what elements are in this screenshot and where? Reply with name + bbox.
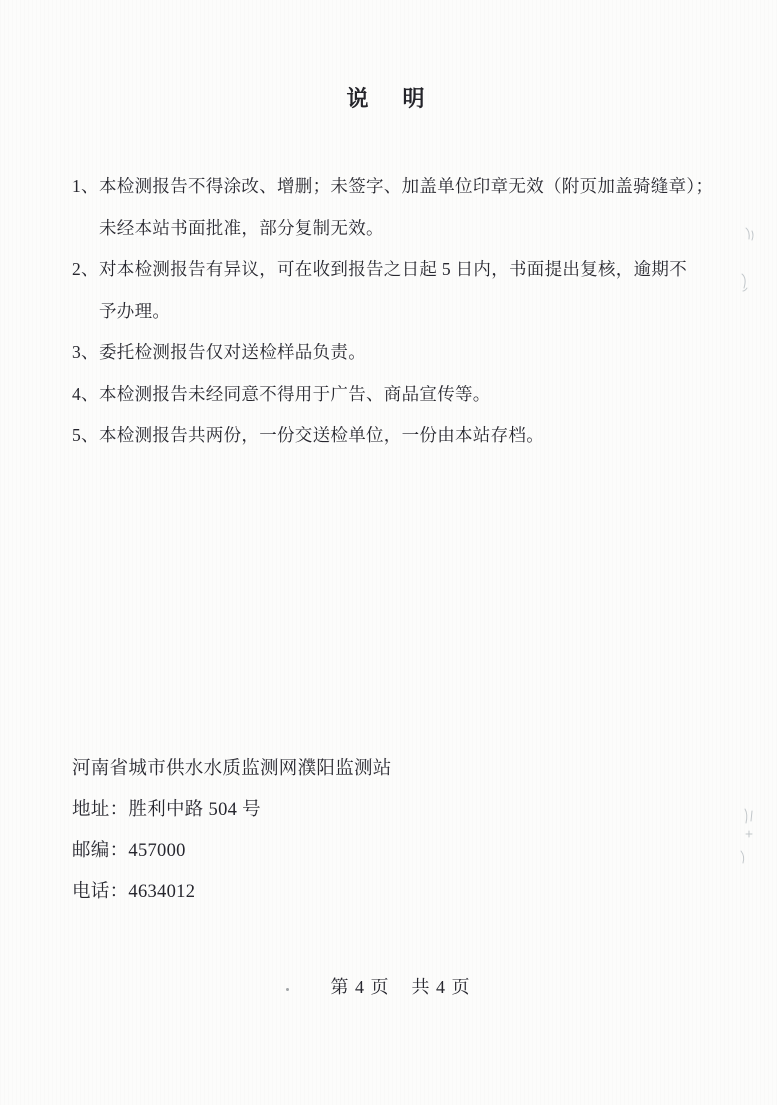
- station-phone: 电话：4634012: [72, 872, 392, 913]
- station-postal-code: 邮编：457000: [72, 831, 392, 872]
- note-text: 委托检测报告仅对送检样品负责。: [99, 342, 366, 362]
- note-marker: 2、: [72, 249, 99, 291]
- page-number: 第 4 页: [331, 977, 390, 997]
- page-number-line: 第 4 页共 4 页: [331, 975, 471, 999]
- note-marker: 5、: [72, 415, 99, 457]
- note-text: 本检测报告未经同意不得用于广告、商品宣传等。: [99, 384, 491, 404]
- note-text: 本检测报告不得涂改、增删；未签字、加盖单位印章无效（附页加盖骑缝章）；: [99, 176, 713, 196]
- note-line: 4、本检测报告未经同意不得用于广告、商品宣传等。: [72, 374, 732, 416]
- station-name: 河南省城市供水水质监测网濮阳监测站: [72, 749, 392, 790]
- station-address: 地址：胜利中路 504 号: [72, 790, 392, 831]
- contact-block: 河南省城市供水水质监测网濮阳监测站 地址：胜利中路 504 号 邮编：45700…: [72, 749, 392, 913]
- note-item-4: 4、本检测报告未经同意不得用于广告、商品宣传等。: [72, 374, 732, 416]
- note-marker: 1、: [72, 166, 99, 208]
- note-line: 3、委托检测报告仅对送检样品负责。: [72, 332, 732, 374]
- note-item-5: 5、本检测报告共两份，一份交送检单位，一份由本站存档。: [72, 415, 732, 457]
- scan-edge-artifacts: [730, 200, 770, 900]
- page-total: 共 4 页: [412, 977, 471, 997]
- note-line: 未经本站书面批准，部分复制无效。: [72, 208, 732, 250]
- page-title: 说 明: [0, 84, 777, 114]
- note-text: 本检测报告共两份，一份交送检单位，一份由本站存档。: [99, 425, 544, 445]
- note-marker: 4、: [72, 374, 99, 416]
- note-line: 予办理。: [72, 291, 732, 333]
- note-text: 对本检测报告有异议，可在收到报告之日起 5 日内，书面提出复核，逾期不: [99, 259, 687, 279]
- scanned-report-notes-page: 说 明 1、本检测报告不得涂改、增删；未签字、加盖单位印章无效（附页加盖骑缝章）…: [0, 0, 777, 1105]
- note-line: 2、对本检测报告有异议，可在收到报告之日起 5 日内，书面提出复核，逾期不: [72, 249, 732, 291]
- note-item-2: 2、对本检测报告有异议，可在收到报告之日起 5 日内，书面提出复核，逾期不 予办…: [72, 249, 732, 332]
- scan-dot-artifact: [286, 988, 289, 991]
- page-footer: 第 4 页共 4 页: [0, 975, 777, 999]
- note-marker: 3、: [72, 332, 99, 374]
- note-line: 1、本检测报告不得涂改、增删；未签字、加盖单位印章无效（附页加盖骑缝章）；: [72, 166, 732, 208]
- note-item-3: 3、委托检测报告仅对送检样品负责。: [72, 332, 732, 374]
- notes-list: 1、本检测报告不得涂改、增删；未签字、加盖单位印章无效（附页加盖骑缝章）； 未经…: [72, 166, 732, 457]
- note-line: 5、本检测报告共两份，一份交送检单位，一份由本站存档。: [72, 415, 732, 457]
- note-item-1: 1、本检测报告不得涂改、增删；未签字、加盖单位印章无效（附页加盖骑缝章）； 未经…: [72, 166, 732, 249]
